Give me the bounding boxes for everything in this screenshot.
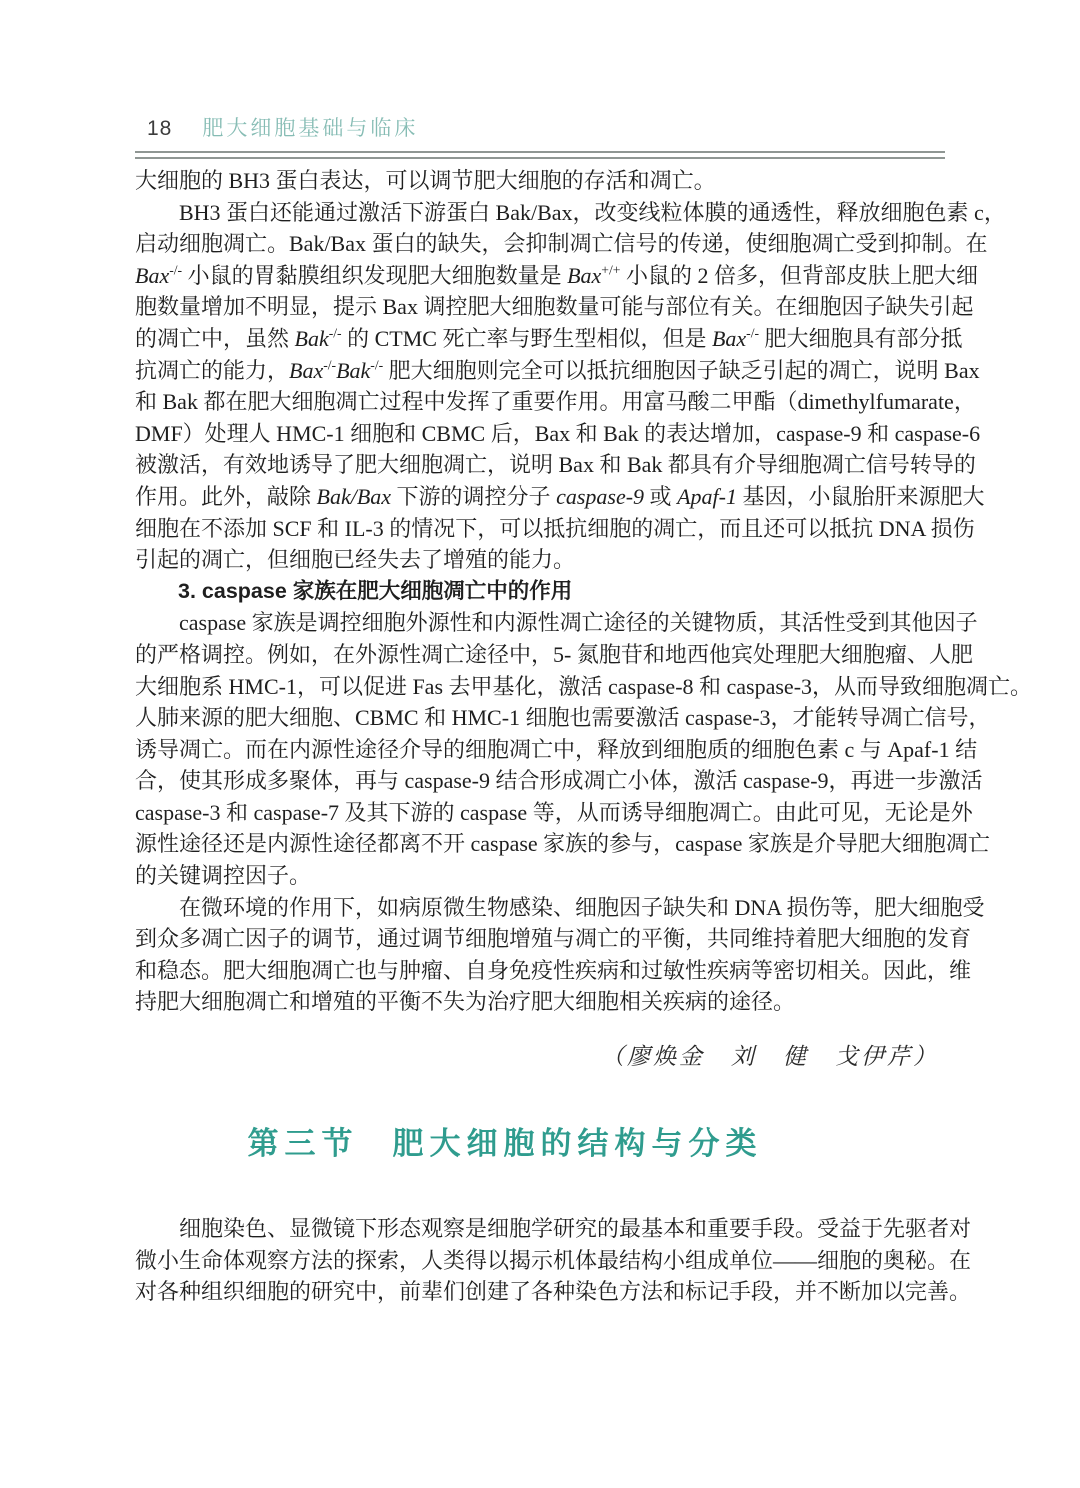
text-line: 抗凋亡的能力，Bax-/-Bak-/- 肥大细胞则完全可以抵抗细胞因子缺乏引起的… [135,355,945,387]
text-line: 的凋亡中，虽然 Bak-/- 的 CTMC 死亡率与野生型相似，但是 Bax-/… [135,323,945,355]
paragraph-caspase-family: caspase 家族是调控细胞外源性和内源性凋亡途径的关键物质，其活性受到其他因… [135,607,945,891]
text-line: DMF）处理人 HMC-1 细胞和 CBMC 后，Bax 和 Bak 的表达增加… [135,418,945,450]
text-line: 大细胞的 BH3 蛋白表达，可以调节肥大细胞的存活和凋亡。 [135,165,945,197]
paragraph-continued: 大细胞的 BH3 蛋白表达，可以调节肥大细胞的存活和凋亡。 [135,165,945,197]
paragraph-bh3-bakbax: BH3 蛋白还能通过激活下游蛋白 Bak/Bax，改变线粒体膜的通透性，释放细胞… [135,197,945,576]
text-line: caspase-3 和 caspase-7 及其下游的 caspase 等，从而… [135,797,945,829]
running-title: 肥大细胞基础与临床 [202,112,418,142]
text-line: 细胞染色、显微镜下形态观察是细胞学研究的最基本和重要手段。受益于先驱者对 [135,1213,945,1245]
text-line: 细胞在不添加 SCF 和 IL-3 的情况下，可以抵抗细胞的凋亡，而且还可以抵抗… [135,513,945,545]
text-line: 启动细胞凋亡。Bak/Bax 蛋白的缺失，会抑制凋亡信号的传递，使细胞凋亡受到抑… [135,228,945,260]
text-line: 和稳态。肥大细胞凋亡也与肿瘤、自身免疫性疾病和过敏性疾病等密切相关。因此，维 [135,955,945,987]
text-line: 大细胞系 HMC-1，可以促进 Fas 去甲基化，激活 caspase-8 和 … [135,671,945,703]
page-number: 18 [147,117,172,141]
text-line: 持肥大细胞凋亡和增殖的平衡不失为治疗肥大细胞相关疾病的途径。 [135,986,945,1018]
text-line: 微小生命体观察方法的探索，人类得以揭示机体最结构小组成单位——细胞的奥秘。在 [135,1245,945,1277]
section-title: 肥大细胞的结构与分类 [393,1126,763,1161]
text-line: 被激活，有效地诱导了肥大细胞凋亡，说明 Bax 和 Bak 都具有介导细胞凋亡信… [135,449,945,481]
body-text: 大细胞的 BH3 蛋白表达，可以调节肥大细胞的存活和凋亡。 BH3 蛋白还能通过… [135,165,945,1308]
text-line: 人肺来源的肥大细胞、CBMC 和 HMC-1 细胞也需要激活 caspase-3… [135,702,945,734]
text-line: 诱导凋亡。而在内源性途径介导的细胞凋亡中，释放到细胞质的细胞色素 c 与 Apa… [135,734,945,766]
subheading-caspase-family: 3. caspase 家族在肥大细胞凋亡中的作用 [135,576,945,608]
text-line: Bax-/- 小鼠的胃黏膜组织发现肥大细胞数量是 Bax+/+ 小鼠的 2 倍多… [135,260,945,292]
text-line: 在微环境的作用下，如病原微生物感染、细胞因子缺失和 DNA 损伤等，肥大细胞受 [135,892,945,924]
text-line: caspase 家族是调控细胞外源性和内源性凋亡途径的关键物质，其活性受到其他因… [135,607,945,639]
text-line: 的关键调控因子。 [135,860,945,892]
author-attribution: （廖焕金 刘 健 戈伊芹） [135,1041,945,1073]
text-line: 合，使其形成多聚体，再与 caspase-9 结合形成凋亡小体，激活 caspa… [135,765,945,797]
text-line: 到众多凋亡因子的调节，通过调节细胞增殖与凋亡的平衡，共同维持着肥大细胞的发育 [135,923,945,955]
header-divider [135,151,945,159]
text-line: 和 Bak 都在肥大细胞凋亡过程中发挥了重要作用。用富马酸二甲酯（dimethy… [135,386,945,418]
section-label: 第三节 [247,1126,358,1161]
running-header: 18 肥大细胞基础与临床 [135,112,945,159]
text-line: 胞数量增加不明显，提示 Bax 调控肥大细胞数量可能与部位有关。在细胞因子缺失引… [135,291,945,323]
text-line: 的严格调控。例如，在外源性凋亡途径中，5- 氮胞苷和地西他宾处理肥大细胞瘤、人肥 [135,639,945,671]
paragraph-cell-staining: 细胞染色、显微镜下形态观察是细胞学研究的最基本和重要手段。受益于先驱者对微小生命… [135,1213,945,1308]
paragraph-microenvironment: 在微环境的作用下，如病原微生物感染、细胞因子缺失和 DNA 损伤等，肥大细胞受到… [135,892,945,1018]
section-heading: 第三节肥大细胞的结构与分类 [135,1122,945,1166]
text-line: BH3 蛋白还能通过激活下游蛋白 Bak/Bax，改变线粒体膜的通透性，释放细胞… [135,197,945,229]
book-page: 18 肥大细胞基础与临床 大细胞的 BH3 蛋白表达，可以调节肥大细胞的存活和凋… [0,0,1080,1488]
text-line: 对各种组织细胞的研究中，前辈们创建了各种染色方法和标记手段，并不断加以完善。 [135,1276,945,1308]
text-line: 源性途径还是内源性途径都离不开 caspase 家族的参与，caspase 家族… [135,828,945,860]
text-line: 作用。此外，敲除 Bak/Bax 下游的调控分子 caspase-9 或 Apa… [135,481,945,513]
text-line: 引起的凋亡，但细胞已经失去了增殖的能力。 [135,544,945,576]
